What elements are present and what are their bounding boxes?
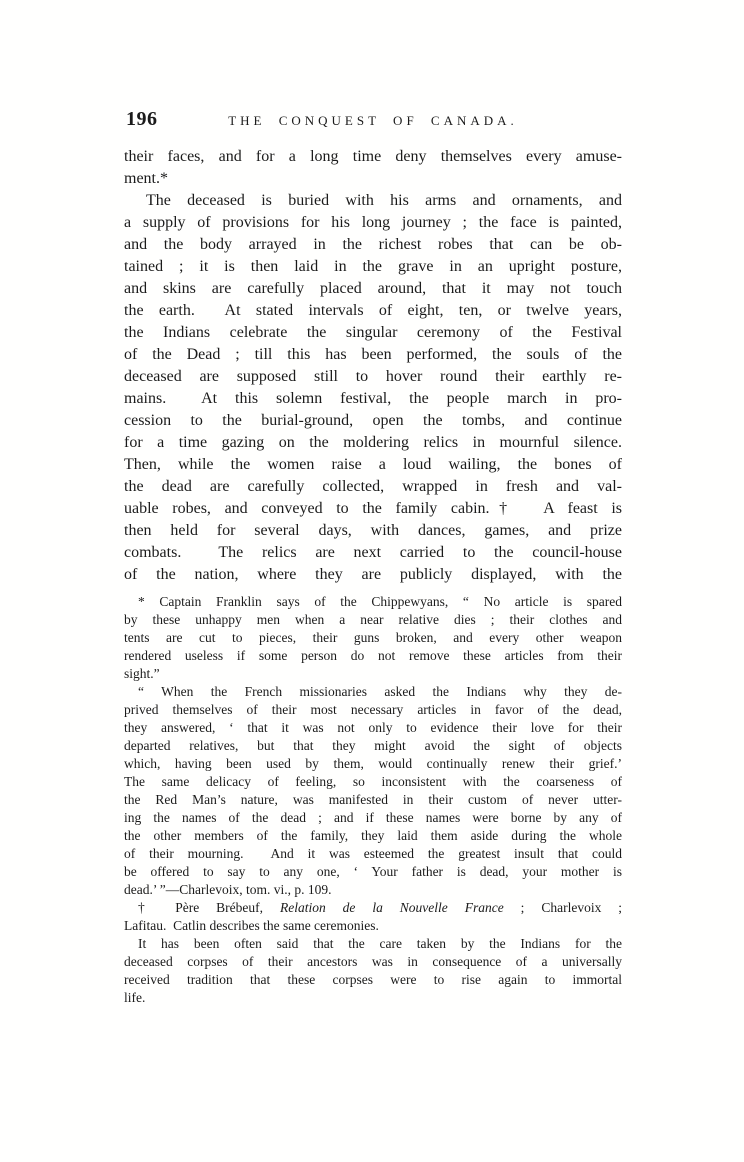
footnotes: * Captain Franklin says of the Chippewya… [124, 593, 622, 1007]
body-line: of the nation, where they are publicly d… [124, 564, 622, 586]
body-text: their faces, and for a long time deny th… [124, 146, 622, 586]
body-line: the Indians celebrate the singular cerem… [124, 322, 622, 344]
footnote-line: departed relatives, but that they might … [124, 737, 622, 755]
body-line: the earth. At stated intervals of eight,… [124, 300, 622, 322]
footnote-line: rendered useless if some person do not r… [124, 647, 622, 665]
body-line: combats. The relics are next carried to … [124, 542, 622, 564]
footnote-line: sight.” [124, 665, 622, 683]
body-line: their faces, and for a long time deny th… [124, 146, 622, 168]
footnote-line: they answered, ‘ that it was not only to… [124, 719, 622, 737]
body-line: for a time gazing on the moldering relic… [124, 432, 622, 454]
citation-suffix: ; Charlevoix ; [504, 900, 622, 915]
footnote-line: by these unhappy men when a near relativ… [124, 611, 622, 629]
footnote-line: life. [124, 989, 622, 1007]
citation-prefix: † Père Brébeuf, [138, 900, 280, 915]
body-line: cession to the burial-ground, open the t… [124, 410, 622, 432]
text-column: 196 THE CONQUEST OF CANADA. their faces,… [124, 0, 622, 1162]
footnote-line: the other members of the family, they la… [124, 827, 622, 845]
body-line: the dead are carefully collected, wrappe… [124, 476, 622, 498]
footnote-line: the Red Man’s nature, was manifested in … [124, 791, 622, 809]
footnote-line: received tradition that these corpses we… [124, 971, 622, 989]
body-line: uable robes, and conveyed to the family … [124, 498, 622, 520]
body-line: mains. At this solemn festival, the peop… [124, 388, 622, 410]
footnote-line: The same delicacy of feeling, so inconsi… [124, 773, 622, 791]
footnote-line: * Captain Franklin says of the Chippewya… [124, 593, 622, 611]
body-line: The deceased is buried with his arms and… [124, 190, 622, 212]
page-header: 196 THE CONQUEST OF CANADA. [124, 108, 622, 136]
footnote-line: ing the names of the dead ; and if these… [124, 809, 622, 827]
footnote-line: which, having been used by them, would c… [124, 755, 622, 773]
body-line: of the Dead ; till this has been perform… [124, 344, 622, 366]
footnote-line: be offered to say to any one, ‘ Your fat… [124, 863, 622, 881]
footnote-line: “ When the French missionaries asked the… [124, 683, 622, 701]
body-line: and the body arrayed in the richest robe… [124, 234, 622, 256]
footnote-line: of their mourning. And it was esteemed t… [124, 845, 622, 863]
running-header: THE CONQUEST OF CANADA. [124, 113, 622, 129]
footnote-line-citation: † Père Brébeuf, Relation de la Nouvelle … [124, 899, 622, 917]
footnote-line: prived themselves of their most necessar… [124, 701, 622, 719]
body-line: then held for several days, with dances,… [124, 520, 622, 542]
body-line: a supply of provisions for his long jour… [124, 212, 622, 234]
footnote-line: deceased corpses of their ancestors was … [124, 953, 622, 971]
body-line: tained ; it is then laid in the grave in… [124, 256, 622, 278]
body-line: deceased are supposed still to hover rou… [124, 366, 622, 388]
footnote-line: tents are cut to pieces, their guns brok… [124, 629, 622, 647]
footnote-line: dead.’ ”—Charlevoix, tom. vi., p. 109. [124, 881, 622, 899]
body-line: ment.* [124, 168, 622, 190]
footnote-line: Lafitau. Catlin describes the same cerem… [124, 917, 622, 935]
book-page: 196 THE CONQUEST OF CANADA. their faces,… [0, 0, 744, 1162]
footnote-line: It has been often said that the care tak… [124, 935, 622, 953]
body-line: and skins are carefully placed around, t… [124, 278, 622, 300]
citation-title-italic: Relation de la Nouvelle France [280, 900, 504, 915]
body-line: Then, while the women raise a loud waili… [124, 454, 622, 476]
